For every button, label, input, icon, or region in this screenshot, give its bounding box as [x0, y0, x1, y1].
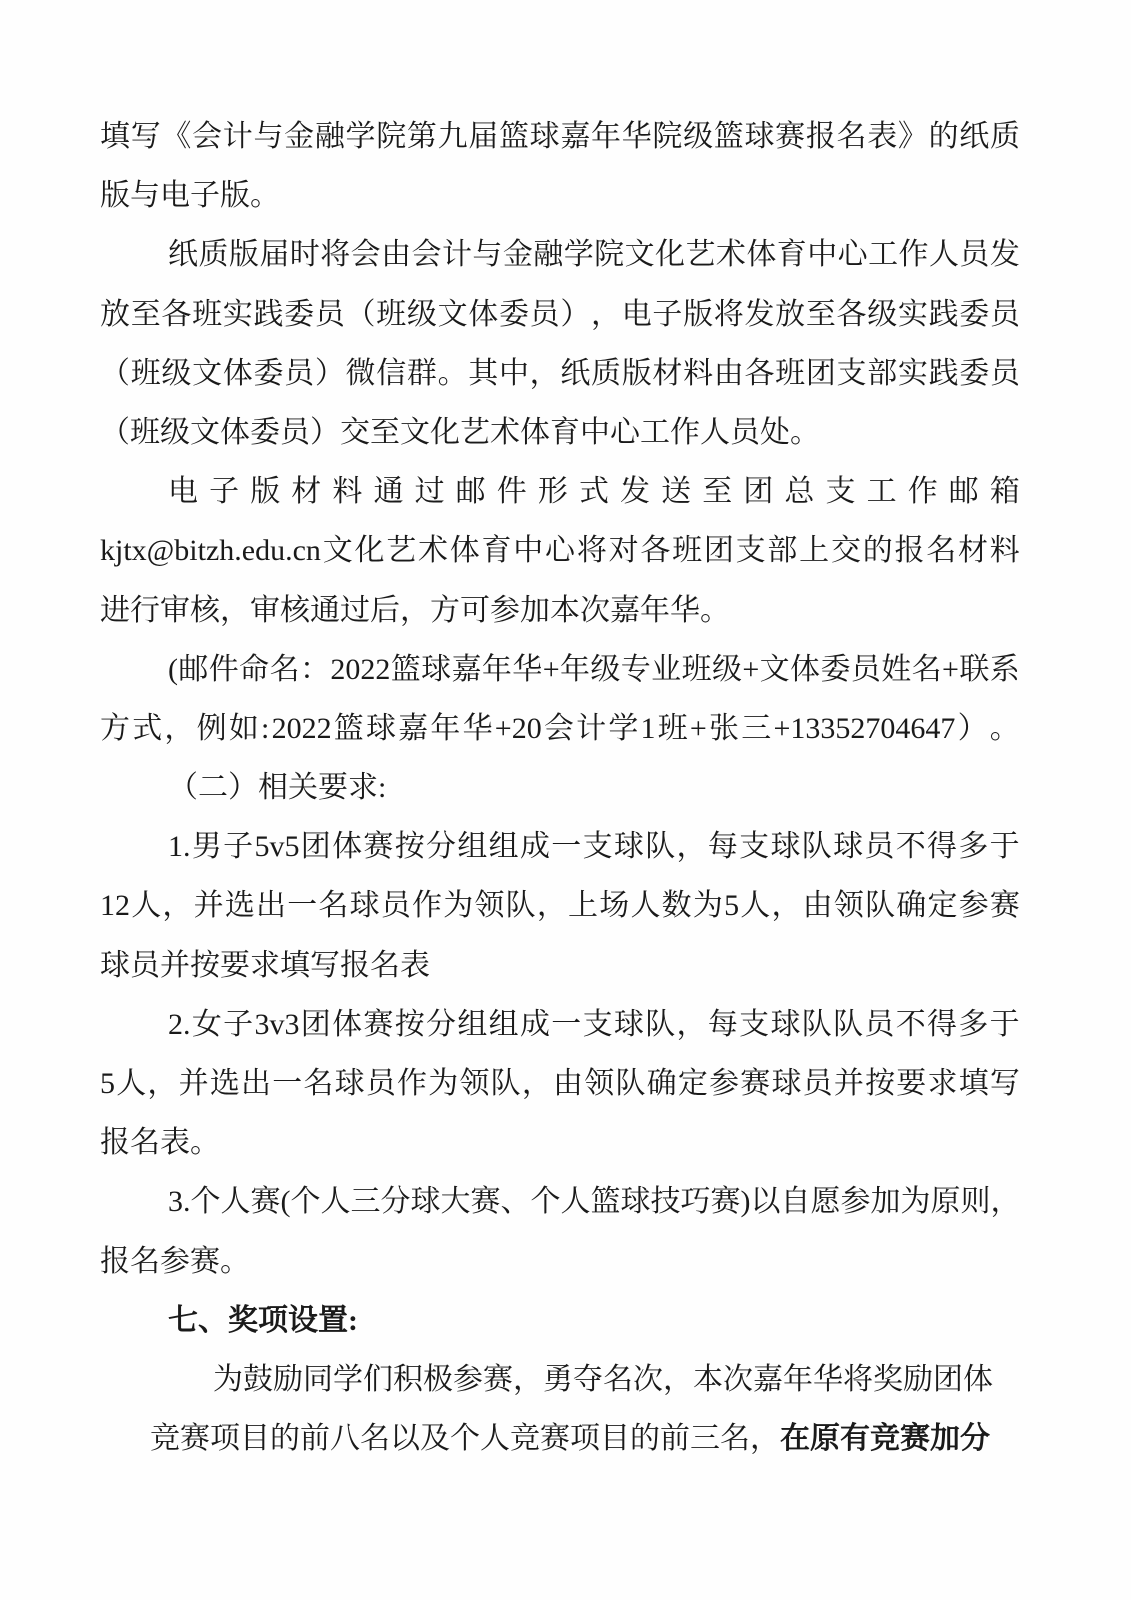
subsection-heading: （二）相关要求: — [100, 758, 1020, 817]
list-item-line: 3.个人赛(个人三分球大赛、个人篮球技巧赛)以自愿参加为原则， — [100, 1172, 1020, 1231]
text-line: (邮件命名：2022篮球嘉年华+年级专业班级+文体委员姓名+联系 — [100, 640, 1020, 699]
text-line-email: kjtx@bitzh.edu.cn文化艺术体育中心将对各班团支部上交的报名材料 — [100, 521, 1020, 580]
text-line-spread: 电子版材料通过邮件形式发送至团总支工作邮箱 — [100, 462, 1020, 521]
text-line: 报名表。 — [100, 1113, 1020, 1172]
text-line: 5人，并选出一名球员作为领队，由领队确定参赛球员并按要求填写 — [100, 1054, 1020, 1113]
section-heading: 七、奖项设置: — [100, 1291, 1020, 1350]
text-line: 为鼓励同学们积极参赛，勇夺名次，本次嘉年华将奖励团体 — [100, 1350, 1020, 1409]
text-line: （班级文体委员）微信群。其中，纸质版材料由各班团支部实践委员 — [100, 344, 1020, 403]
text-line: 放至各班实践委员（班级文体委员），电子版将发放至各级实践委员 — [100, 285, 1020, 344]
text-line: 进行审核，审核通过后，方可参加本次嘉年华。 — [100, 581, 1020, 640]
text-line: 版与电子版。 — [100, 166, 1020, 225]
list-item-line: 2.女子3v3团体赛按分组组成一支球队，每支球队队员不得多于 — [100, 995, 1020, 1054]
document-page: 填写《会计与金融学院第九届篮球嘉年华院级篮球赛报名表》的纸质 版与电子版。 纸质… — [0, 0, 1131, 1600]
text-line: 竞赛项目的前八名以及个人竞赛项目的前三名，在原有竞赛加分 — [100, 1409, 1020, 1468]
text-line: 填写《会计与金融学院第九届篮球嘉年华院级篮球赛报名表》的纸质 — [100, 107, 1020, 166]
text-run-bold: 在原有竞赛加分 — [780, 1422, 990, 1455]
text-line: 球员并按要求填写报名表 — [100, 936, 1020, 995]
list-item-line: 1.男子5v5团体赛按分组组成一支球队，每支球队球员不得多于 — [100, 817, 1020, 876]
text-line: （班级文体委员）交至文化艺术体育中心工作人员处。 — [100, 403, 1020, 462]
document-body: 填写《会计与金融学院第九届篮球嘉年华院级篮球赛报名表》的纸质 版与电子版。 纸质… — [100, 107, 1020, 1468]
text-line: 方式，例如:2022篮球嘉年华+20会计学1班+张三+13352704647）。 — [100, 699, 1020, 758]
text-run: 竞赛项目的前八名以及个人竞赛项目的前三名， — [150, 1422, 780, 1455]
text-line: 纸质版届时将会由会计与金融学院文化艺术体育中心工作人员发 — [100, 225, 1020, 284]
text-line: 12人，并选出一名球员作为领队，上场人数为5人，由领队确定参赛 — [100, 876, 1020, 935]
text-line: 报名参赛。 — [100, 1232, 1020, 1291]
